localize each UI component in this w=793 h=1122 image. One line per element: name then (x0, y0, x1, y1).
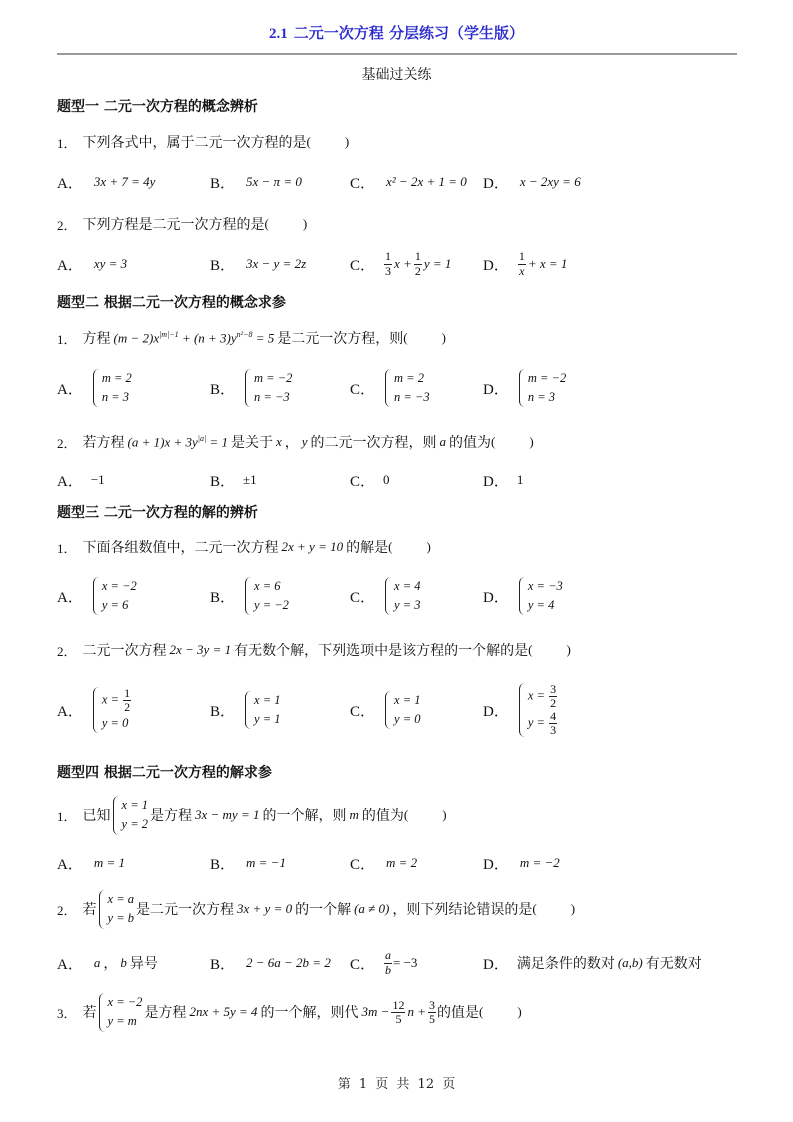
option-b[interactable]: B．m = −1 (210, 843, 289, 883)
option-c[interactable]: C． 13 x + 12 y = 1 (350, 244, 452, 284)
option-d[interactable]: D．x − 2xy = 6 (483, 162, 584, 202)
option-b[interactable]: B．x = 6y = −2 (210, 576, 291, 616)
question-2-2: 2． 若方程 (a + 1)x + 3y|a| = 1 是关于x，y的二元一次方… (57, 432, 534, 452)
option-c[interactable]: C．m = 2 (350, 843, 420, 883)
option-a[interactable]: A． x = 12y = 0 (57, 680, 134, 740)
option-a[interactable]: A．xy = 3 (57, 244, 130, 284)
option-b[interactable]: B．2 − 6a − 2b = 2 (210, 943, 334, 983)
option-a[interactable]: A．−1 (57, 460, 105, 500)
answer-blank[interactable]: () (388, 539, 431, 555)
question-4-2: 2． 若 x = ay = b 是二元一次方程3x + y = 0的一个解(a … (57, 890, 575, 929)
option-b[interactable]: B．±1 (210, 460, 257, 500)
options-3-2: A． x = 12y = 0 B．x = 1y = 1 C．x = 1y = 0… (57, 680, 757, 740)
option-c[interactable]: C．x = 4y = 3 (350, 576, 423, 616)
option-d[interactable]: D．m = −2n = 3 (483, 368, 568, 408)
question-3-2: 2． 二元一次方程2x − 3y = 1有无数个解，下列选项中是该方程的一个解的… (57, 640, 571, 660)
question-2-1: 1． 方程 (m − 2)x|m|−1 + (n + 3)yn²−8 = 5 是… (57, 328, 446, 348)
option-c[interactable]: C．m = 2n = −3 (350, 368, 432, 408)
option-c[interactable]: C．x² − 2x + 1 = 0 (350, 162, 470, 202)
answer-blank[interactable]: () (265, 216, 308, 232)
options-4-2: A．a，b异号 B．2 − 6a − 2b = 2 C． ab = −3 D．满… (57, 943, 757, 983)
question-number: 1． (57, 133, 77, 152)
option-d[interactable]: D．1 (483, 460, 523, 500)
type-heading-2: 题型二 根据二元一次方程的概念求参 (57, 292, 286, 312)
question-4-1: 1． 已知 x = 1y = 2 是方程3x − my = 1的一个解，则m的值… (57, 796, 447, 835)
option-c[interactable]: C．0 (350, 460, 390, 500)
option-a[interactable]: A．x = −2y = 6 (57, 576, 139, 616)
option-b[interactable]: B．5x − π = 0 (210, 162, 305, 202)
options-4-1: A．m = 1 B．m = −1 C．m = 2 D．m = −2 (57, 843, 757, 883)
options-3-1: A．x = −2y = 6 B．x = 6y = −2 C．x = 4y = 3… (57, 576, 757, 616)
option-c[interactable]: C． ab = −3 (350, 943, 417, 983)
answer-blank[interactable]: () (403, 330, 446, 346)
question-number: 2． (57, 215, 77, 234)
document-page: 2.1二元一次方程 分层练习（学生版） 基础过关练 题型一 二元一次方程的概念辨… (0, 0, 793, 1122)
type-heading-1: 题型一 二元一次方程的概念辨析 (57, 96, 258, 116)
answer-blank[interactable]: () (491, 434, 534, 450)
answer-blank[interactable]: () (528, 642, 571, 658)
question-text: 下列方程是二元一次方程的是 (83, 214, 265, 234)
answer-blank[interactable]: () (479, 1004, 522, 1020)
type-heading-3: 题型三 二元一次方程的解的辨析 (57, 502, 258, 522)
section-title: 基础过关练 (0, 64, 793, 84)
option-b[interactable]: B．x = 1y = 1 (210, 680, 283, 740)
page-footer: 第 1 页 共 12 页 (0, 1073, 793, 1092)
document-title: 2.1二元一次方程 分层练习（学生版） (0, 22, 793, 43)
answer-blank[interactable]: () (404, 807, 447, 823)
question-4-3: 3． 若 x = −2y = m 是方程2nx + 5y = 4的一个解，则代 … (57, 993, 522, 1032)
option-a[interactable]: A．m = 2n = 3 (57, 368, 134, 408)
type-heading-4: 题型四 根据二元一次方程的解求参 (57, 762, 272, 782)
title-text: 二元一次方程 分层练习（学生版） (294, 24, 524, 42)
options-1-1: A．3x + 7 = 4y B．5x − π = 0 C．x² − 2x + 1… (57, 162, 757, 202)
option-a[interactable]: A．3x + 7 = 4y (57, 162, 158, 202)
options-1-2: A．xy = 3 B．3x − y = 2z C． 13 x + 12 y = … (57, 244, 757, 284)
chapter-number: 2.1 (269, 26, 288, 42)
question-1-1: 1． 下列各式中，属于二元一次方程的是 () (57, 132, 349, 152)
option-d[interactable]: D．m = −2 (483, 843, 563, 883)
option-d[interactable]: D．x = −3y = 4 (483, 576, 565, 616)
option-d[interactable]: D． x = 32y = 43 (483, 680, 560, 740)
option-d[interactable]: D． 1x + x = 1 (483, 244, 568, 284)
options-2-2: A．−1 B．±1 C．0 D．1 (57, 460, 757, 500)
question-1-2: 2． 下列方程是二元一次方程的是 () (57, 214, 307, 234)
question-3-1: 1． 下面各组数值中，二元一次方程2x + y = 10的解是 () (57, 537, 431, 557)
option-a[interactable]: A．m = 1 (57, 843, 128, 883)
option-b[interactable]: B．m = −2n = −3 (210, 368, 294, 408)
answer-blank[interactable]: () (532, 901, 575, 917)
option-b[interactable]: B．3x − y = 2z (210, 244, 309, 284)
option-c[interactable]: C．x = 1y = 0 (350, 680, 423, 740)
option-a[interactable]: A．a，b异号 (57, 943, 158, 983)
answer-blank[interactable]: () (307, 134, 350, 150)
options-2-1: A．m = 2n = 3 B．m = −2n = −3 C．m = 2n = −… (57, 368, 757, 408)
option-d[interactable]: D．满足条件的数对(a,b)有无数对 (483, 943, 702, 983)
question-text: 下列各式中，属于二元一次方程的是 (83, 132, 307, 152)
header-divider (57, 53, 737, 55)
